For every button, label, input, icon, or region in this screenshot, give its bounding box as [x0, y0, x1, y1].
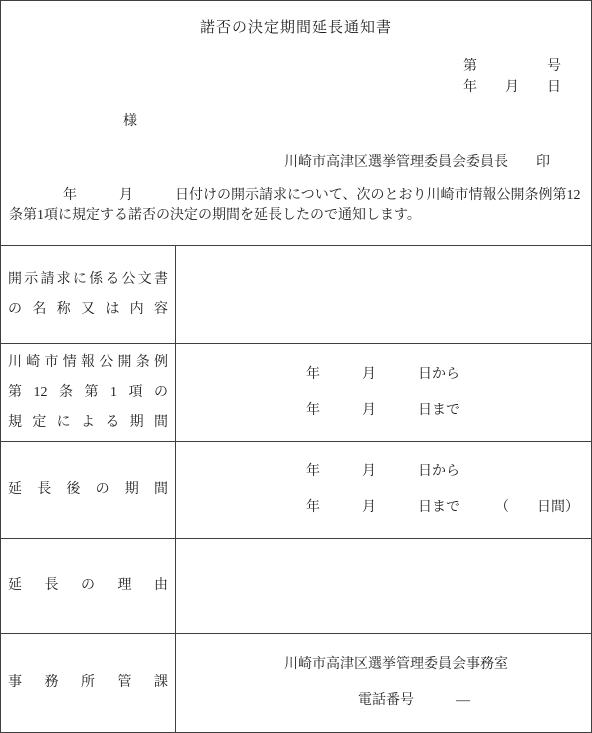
label-line: の名称又は内容: [8, 295, 168, 325]
row-office-in-charge: 事務所管課 川崎市高津区選挙管理委員会事務室 電話番号 ―: [1, 633, 591, 732]
office-name-line: 川崎市高津区選挙管理委員会事務室: [176, 647, 591, 683]
document-title: 諾否の決定期間延長通知書: [1, 18, 591, 40]
content-office-in-charge: 川崎市高津区選挙管理委員会事務室 電話番号 ―: [176, 634, 591, 732]
label-line: 開示請求に係る公文書: [8, 265, 168, 295]
period-from-line: 年 月 日から: [176, 357, 591, 393]
form-table: 開示請求に係る公文書 の名称又は内容 川崎市情報公開条例 第12条第1項の 規定…: [1, 245, 591, 732]
label-line: 延長の理由: [8, 571, 168, 601]
label-extended-period: 延長後の期間: [1, 442, 176, 538]
doc-number-line: 第 号: [463, 56, 561, 77]
label-ordinance-period: 川崎市情報公開条例 第12条第1項の 規定による期間: [1, 344, 176, 441]
row-document-name: 開示請求に係る公文書 の名称又は内容: [1, 245, 591, 343]
body-paragraph-line1: 年 月 日付けの開示請求について、次のとおり川崎市情報公開条例第12: [63, 186, 587, 206]
phone-number-line: 電話番号 ―: [176, 683, 591, 719]
date-line: 年 月 日: [463, 77, 561, 98]
issuer-line: 川崎市高津区選挙管理委員会委員長 印: [284, 153, 550, 173]
content-document-name: [176, 246, 591, 343]
row-ordinance-period: 川崎市情報公開条例 第12条第1項の 規定による期間 年 月 日から 年 月 日…: [1, 343, 591, 441]
body-paragraph-line2: 条第1項に規定する諾否の決定の期間を延長したので通知します。: [9, 206, 587, 226]
extended-from-line: 年 月 日から: [176, 454, 591, 490]
label-line: 事務所管課: [8, 668, 168, 698]
label-line: 第12条第1項の: [8, 378, 168, 408]
content-extended-period: 年 月 日から 年 月 日まで （ 日間）: [176, 442, 591, 538]
row-extension-reason: 延長の理由: [1, 538, 591, 633]
row-extended-period: 延長後の期間 年 月 日から 年 月 日まで （ 日間）: [1, 441, 591, 538]
label-office-in-charge: 事務所管課: [1, 634, 176, 732]
document-page: 諾否の決定期間延長通知書 第 号 年 月 日 様 川崎市高津区選挙管理委員会委員…: [0, 0, 592, 733]
reference-block: 第 号 年 月 日: [463, 56, 561, 98]
label-line: 川崎市情報公開条例: [8, 348, 168, 378]
label-extension-reason: 延長の理由: [1, 539, 176, 633]
extended-to-line: 年 月 日まで （ 日間）: [176, 490, 591, 526]
period-to-line: 年 月 日まで: [176, 393, 591, 429]
label-line: 規定による期間: [8, 408, 168, 438]
label-line: 延長後の期間: [8, 475, 168, 505]
content-ordinance-period: 年 月 日から 年 月 日まで: [176, 344, 591, 441]
content-extension-reason: [176, 539, 591, 633]
addressee-sama: 様: [123, 112, 137, 132]
label-document-name: 開示請求に係る公文書 の名称又は内容: [1, 246, 176, 343]
